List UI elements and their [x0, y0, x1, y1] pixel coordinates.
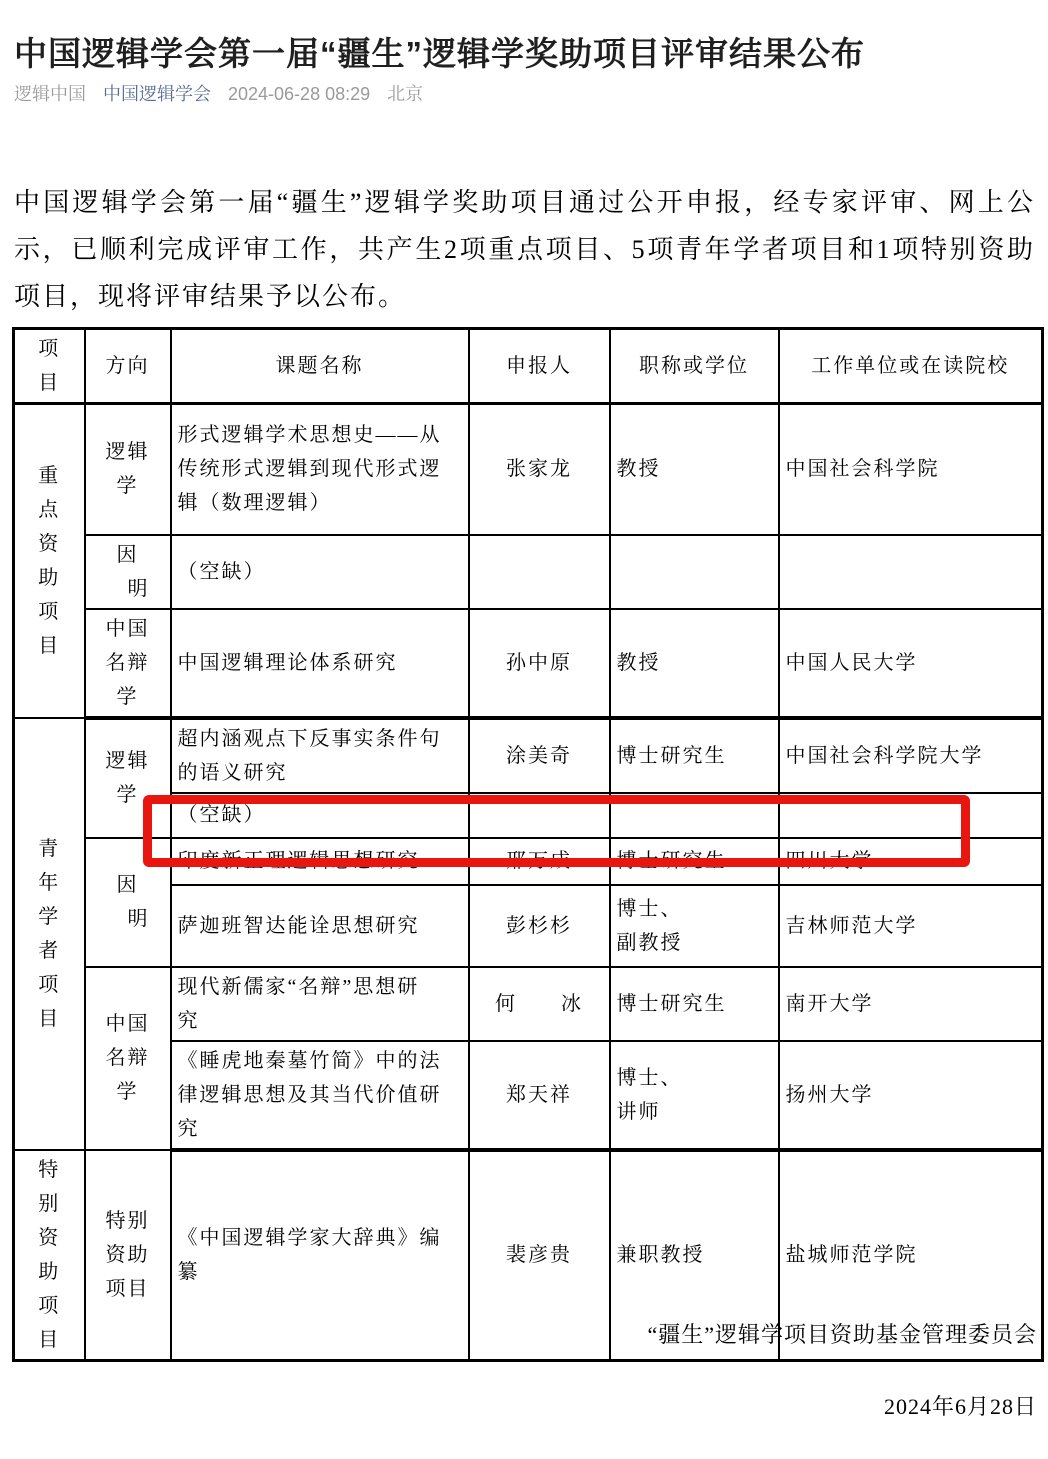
col-header-topic: 课题名称 [171, 329, 469, 404]
cell-degree: 博士研究生 [610, 718, 779, 793]
table-row: 中国 名辩 学 现代新儒家“名辩”思想研 究 何 冰 博士研究生 南开大学 [14, 967, 1043, 1041]
cell-topic: （空缺） [171, 793, 469, 838]
table-row: 中国 名辩 学 中国逻辑理论体系研究 孙中原 教授 中国人民大学 [14, 609, 1043, 718]
cell-applicant: 郑天祥 [469, 1041, 610, 1150]
cell-project-group: 重 点 资 助 项 目 [14, 404, 85, 718]
table-row: 重 点 资 助 项 目 逻辑 学 形式逻辑学术思想史——从 传统形式逻辑到现代形… [14, 404, 1043, 535]
cell-topic: 萨迦班智达能诠思想研究 [171, 885, 469, 967]
cell-affiliation: 中国社会科学院 [779, 404, 1043, 535]
page-title: 中国逻辑学会第一届“疆生”逻辑学奖助项目评审结果公布 [14, 32, 1036, 76]
cell-topic: 形式逻辑学术思想史——从 传统形式逻辑到现代形式逻 辑（数理逻辑） [171, 404, 469, 535]
cell-affiliation [779, 793, 1043, 838]
signature: “疆生”逻辑学项目资助基金管理委员会 [14, 1318, 1037, 1349]
cell-applicant: 孙中原 [469, 609, 610, 718]
article-page: 中国逻辑学会第一届“疆生”逻辑学奖助项目评审结果公布 逻辑中国中国逻辑学会202… [0, 0, 1048, 1459]
col-header-project: 项 目 [14, 329, 85, 404]
cell-degree: 博士研究生 [610, 838, 779, 885]
cell-degree: 博士、 讲师 [610, 1041, 779, 1150]
account-link[interactable]: 中国逻辑学会 [103, 84, 211, 104]
cell-affiliation: 南开大学 [779, 967, 1043, 1041]
cell-affiliation: 中国人民大学 [779, 609, 1043, 718]
cell-applicant: 彭杉杉 [469, 885, 610, 967]
col-header-degree: 职称或学位 [610, 329, 779, 404]
col-header-applicant: 申报人 [469, 329, 610, 404]
cell-degree [610, 793, 779, 838]
byline-source: 逻辑中国 [14, 84, 86, 104]
cell-affiliation [779, 535, 1043, 609]
cell-project-group: 青 年 学 者 项 目 [14, 718, 85, 1150]
cell-direction: 中国 名辩 学 [85, 609, 171, 718]
cell-applicant [469, 535, 610, 609]
cell-degree: 教授 [610, 609, 779, 718]
col-header-direction: 方向 [85, 329, 171, 404]
cell-direction: 中国 名辩 学 [85, 967, 171, 1150]
cell-topic: 《睡虎地秦墓竹简》中的法 律逻辑思想及其当代价值研 究 [171, 1041, 469, 1150]
cell-topic: 现代新儒家“名辩”思想研 究 [171, 967, 469, 1041]
cell-applicant [469, 793, 610, 838]
cell-applicant: 张家龙 [469, 404, 610, 535]
byline-datetime: 2024-06-28 08:29 [228, 84, 370, 104]
cell-affiliation: 扬州大学 [779, 1041, 1043, 1150]
cell-degree: 博士、 副教授 [610, 885, 779, 967]
table-header-row: 项 目 方向 课题名称 申报人 职称或学位 工作单位或在读院校 [14, 329, 1043, 404]
results-table: 项 目 方向 课题名称 申报人 职称或学位 工作单位或在读院校 重 点 资 助 … [12, 327, 1044, 1362]
cell-direction: 逻辑 学 [85, 718, 171, 838]
table-row: 因 明 （空缺） [14, 535, 1043, 609]
cell-degree: 博士研究生 [610, 967, 779, 1041]
byline: 逻辑中国中国逻辑学会2024-06-28 08:29北京 [14, 80, 423, 106]
cell-applicant: 涂美奇 [469, 718, 610, 793]
cell-degree: 教授 [610, 404, 779, 535]
byline-location: 北京 [387, 84, 423, 104]
cell-affiliation: 吉林师范大学 [779, 885, 1043, 967]
cell-topic: 中国逻辑理论体系研究 [171, 609, 469, 718]
table-row: 青 年 学 者 项 目 逻辑 学 超内涵观点下反事实条件句 的语义研究 涂美奇 … [14, 718, 1043, 793]
intro-paragraph: 中国逻辑学会第一届“疆生”逻辑学奖助项目通过公开申报，经专家评审、网上公示，已顺… [14, 179, 1035, 320]
cell-direction: 逻辑 学 [85, 404, 171, 535]
cell-topic: （空缺） [171, 535, 469, 609]
cell-affiliation: 四川大学 [779, 838, 1043, 885]
sign-date: 2024年6月28日 [14, 1390, 1037, 1421]
cell-direction: 因 明 [85, 535, 171, 609]
cell-degree [610, 535, 779, 609]
table-row-highlighted: 因 明 印度新正理逻辑思想研究 邢万成 博士研究生 四川大学 [14, 838, 1043, 885]
col-header-affiliation: 工作单位或在读院校 [779, 329, 1043, 404]
cell-direction: 因 明 [85, 838, 171, 967]
cell-topic: 超内涵观点下反事实条件句 的语义研究 [171, 718, 469, 793]
cell-applicant: 何 冰 [469, 967, 610, 1041]
cell-topic: 印度新正理逻辑思想研究 [171, 838, 469, 885]
cell-affiliation: 中国社会科学院大学 [779, 718, 1043, 793]
cell-applicant: 邢万成 [469, 838, 610, 885]
